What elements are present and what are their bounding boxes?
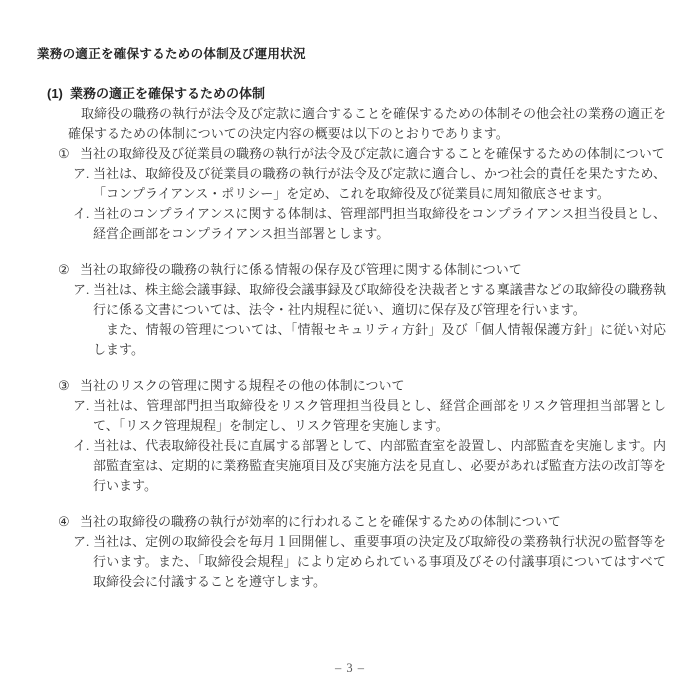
- numbered-item-3-heading: ③ 当社のリスクの管理に関する規程その他の体制について: [58, 376, 666, 396]
- document-page: 業務の適正を確保するための体制及び運用状況 (1) 業務の適正を確保するための体…: [0, 0, 700, 700]
- item-3-subitem-a-body: 当社は、管理部門担当取締役をリスク管理担当役員とし、経営企画部をリスク管理担当部…: [93, 396, 666, 436]
- item-4-subitem-a: ア. 当社は、定例の取締役会を毎月１回開催し、重要事項の決定及び取締役の業務執行…: [73, 532, 666, 592]
- paragraph: 当社は、取締役及び従業員の職務の執行が法令及び定款に適合し、かつ社会的責任を果た…: [93, 164, 666, 204]
- item-3-subitem-i-marker: イ.: [73, 436, 93, 496]
- item-3-heading-text: 当社のリスクの管理に関する規程その他の体制について: [80, 376, 666, 396]
- item-4-subitem-a-marker: ア.: [73, 532, 93, 592]
- item-3-subitem-a-marker: ア.: [73, 396, 93, 436]
- numbered-item-4: ④ 当社の取締役の職務の執行が効率的に行われることを確保するための体制について …: [58, 512, 666, 592]
- section-1-label: (1): [47, 84, 70, 104]
- item-1-subitem-a-marker: ア.: [73, 164, 93, 204]
- item-3-subitem-i-body: 当社は、代表取締役社長に直属する部署として、内部監査室を設置し、内部監査を実施し…: [93, 436, 666, 496]
- item-2-heading-text: 当社の取締役の職務の執行に係る情報の保存及び管理に関する体制について: [80, 260, 666, 280]
- section-1-intro: 取締役の職務の執行が法令及び定款に適合することを確保するための体制その他会社の業…: [68, 104, 666, 144]
- item-1-number: ①: [58, 144, 80, 164]
- item-2-subitem-a-marker: ア.: [73, 280, 93, 360]
- paragraph: 当社は、定例の取締役会を毎月１回開催し、重要事項の決定及び取締役の業務執行状況の…: [93, 532, 666, 592]
- item-1-subitem-i-body: 当社のコンプライアンスに関する体制は、管理部門担当取締役をコンプライアンス担当役…: [93, 204, 666, 244]
- numbered-item-1: ① 当社の取締役及び従業員の職務の執行が法令及び定款に適合することを確保するため…: [58, 144, 666, 244]
- numbered-item-4-heading: ④ 当社の取締役の職務の執行が効率的に行われることを確保するための体制について: [58, 512, 666, 532]
- numbered-item-2: ② 当社の取締役の職務の執行に係る情報の保存及び管理に関する体制について ア. …: [58, 260, 666, 360]
- item-4-subitem-a-body: 当社は、定例の取締役会を毎月１回開催し、重要事項の決定及び取締役の業務執行状況の…: [93, 532, 666, 592]
- paragraph: 当社のコンプライアンスに関する体制は、管理部門担当取締役をコンプライアンス担当役…: [93, 204, 666, 244]
- document-title: 業務の適正を確保するための体制及び運用状況: [37, 44, 666, 64]
- paragraph: 当社は、株主総会議事録、取締役会議事録及び取締役を決裁者とする稟議書などの取締役…: [93, 280, 666, 320]
- item-3-subitem-a: ア. 当社は、管理部門担当取締役をリスク管理担当役員とし、経営企画部をリスク管理…: [73, 396, 666, 436]
- item-2-subitem-a: ア. 当社は、株主総会議事録、取締役会議事録及び取締役を決裁者とする稟議書などの…: [73, 280, 666, 360]
- section-1-title: 業務の適正を確保するための体制: [70, 84, 265, 104]
- item-2-subitem-a-body: 当社は、株主総会議事録、取締役会議事録及び取締役を決裁者とする稟議書などの取締役…: [93, 280, 666, 360]
- page-number: – 3 –: [0, 658, 700, 678]
- item-2-number: ②: [58, 260, 80, 280]
- paragraph: 当社は、管理部門担当取締役をリスク管理担当役員とし、経営企画部をリスク管理担当部…: [93, 396, 666, 436]
- paragraph: 当社は、代表取締役社長に直属する部署として、内部監査室を設置し、内部監査を実施し…: [93, 436, 666, 496]
- item-3-subitem-i: イ. 当社は、代表取締役社長に直属する部署として、内部監査室を設置し、内部監査を…: [73, 436, 666, 496]
- section-1-heading: (1) 業務の適正を確保するための体制: [47, 84, 666, 104]
- numbered-item-3: ③ 当社のリスクの管理に関する規程その他の体制について ア. 当社は、管理部門担…: [58, 376, 666, 496]
- item-4-heading-text: 当社の取締役の職務の執行が効率的に行われることを確保するための体制について: [80, 512, 666, 532]
- item-1-subitem-i-marker: イ.: [73, 204, 93, 244]
- item-1-subitem-a-body: 当社は、取締役及び従業員の職務の執行が法令及び定款に適合し、かつ社会的責任を果た…: [93, 164, 666, 204]
- numbered-item-2-heading: ② 当社の取締役の職務の執行に係る情報の保存及び管理に関する体制について: [58, 260, 666, 280]
- item-1-subitem-a: ア. 当社は、取締役及び従業員の職務の執行が法令及び定款に適合し、かつ社会的責任…: [73, 164, 666, 204]
- item-4-number: ④: [58, 512, 80, 532]
- item-3-number: ③: [58, 376, 80, 396]
- numbered-item-1-heading: ① 当社の取締役及び従業員の職務の執行が法令及び定款に適合することを確保するため…: [58, 144, 666, 164]
- item-1-heading-text: 当社の取締役及び従業員の職務の執行が法令及び定款に適合することを確保するための体…: [80, 144, 666, 164]
- item-1-subitem-i: イ. 当社のコンプライアンスに関する体制は、管理部門担当取締役をコンプライアンス…: [73, 204, 666, 244]
- paragraph: また、情報の管理については、「情報セキュリティ方針」及び「個人情報保護方針」に従…: [93, 320, 666, 360]
